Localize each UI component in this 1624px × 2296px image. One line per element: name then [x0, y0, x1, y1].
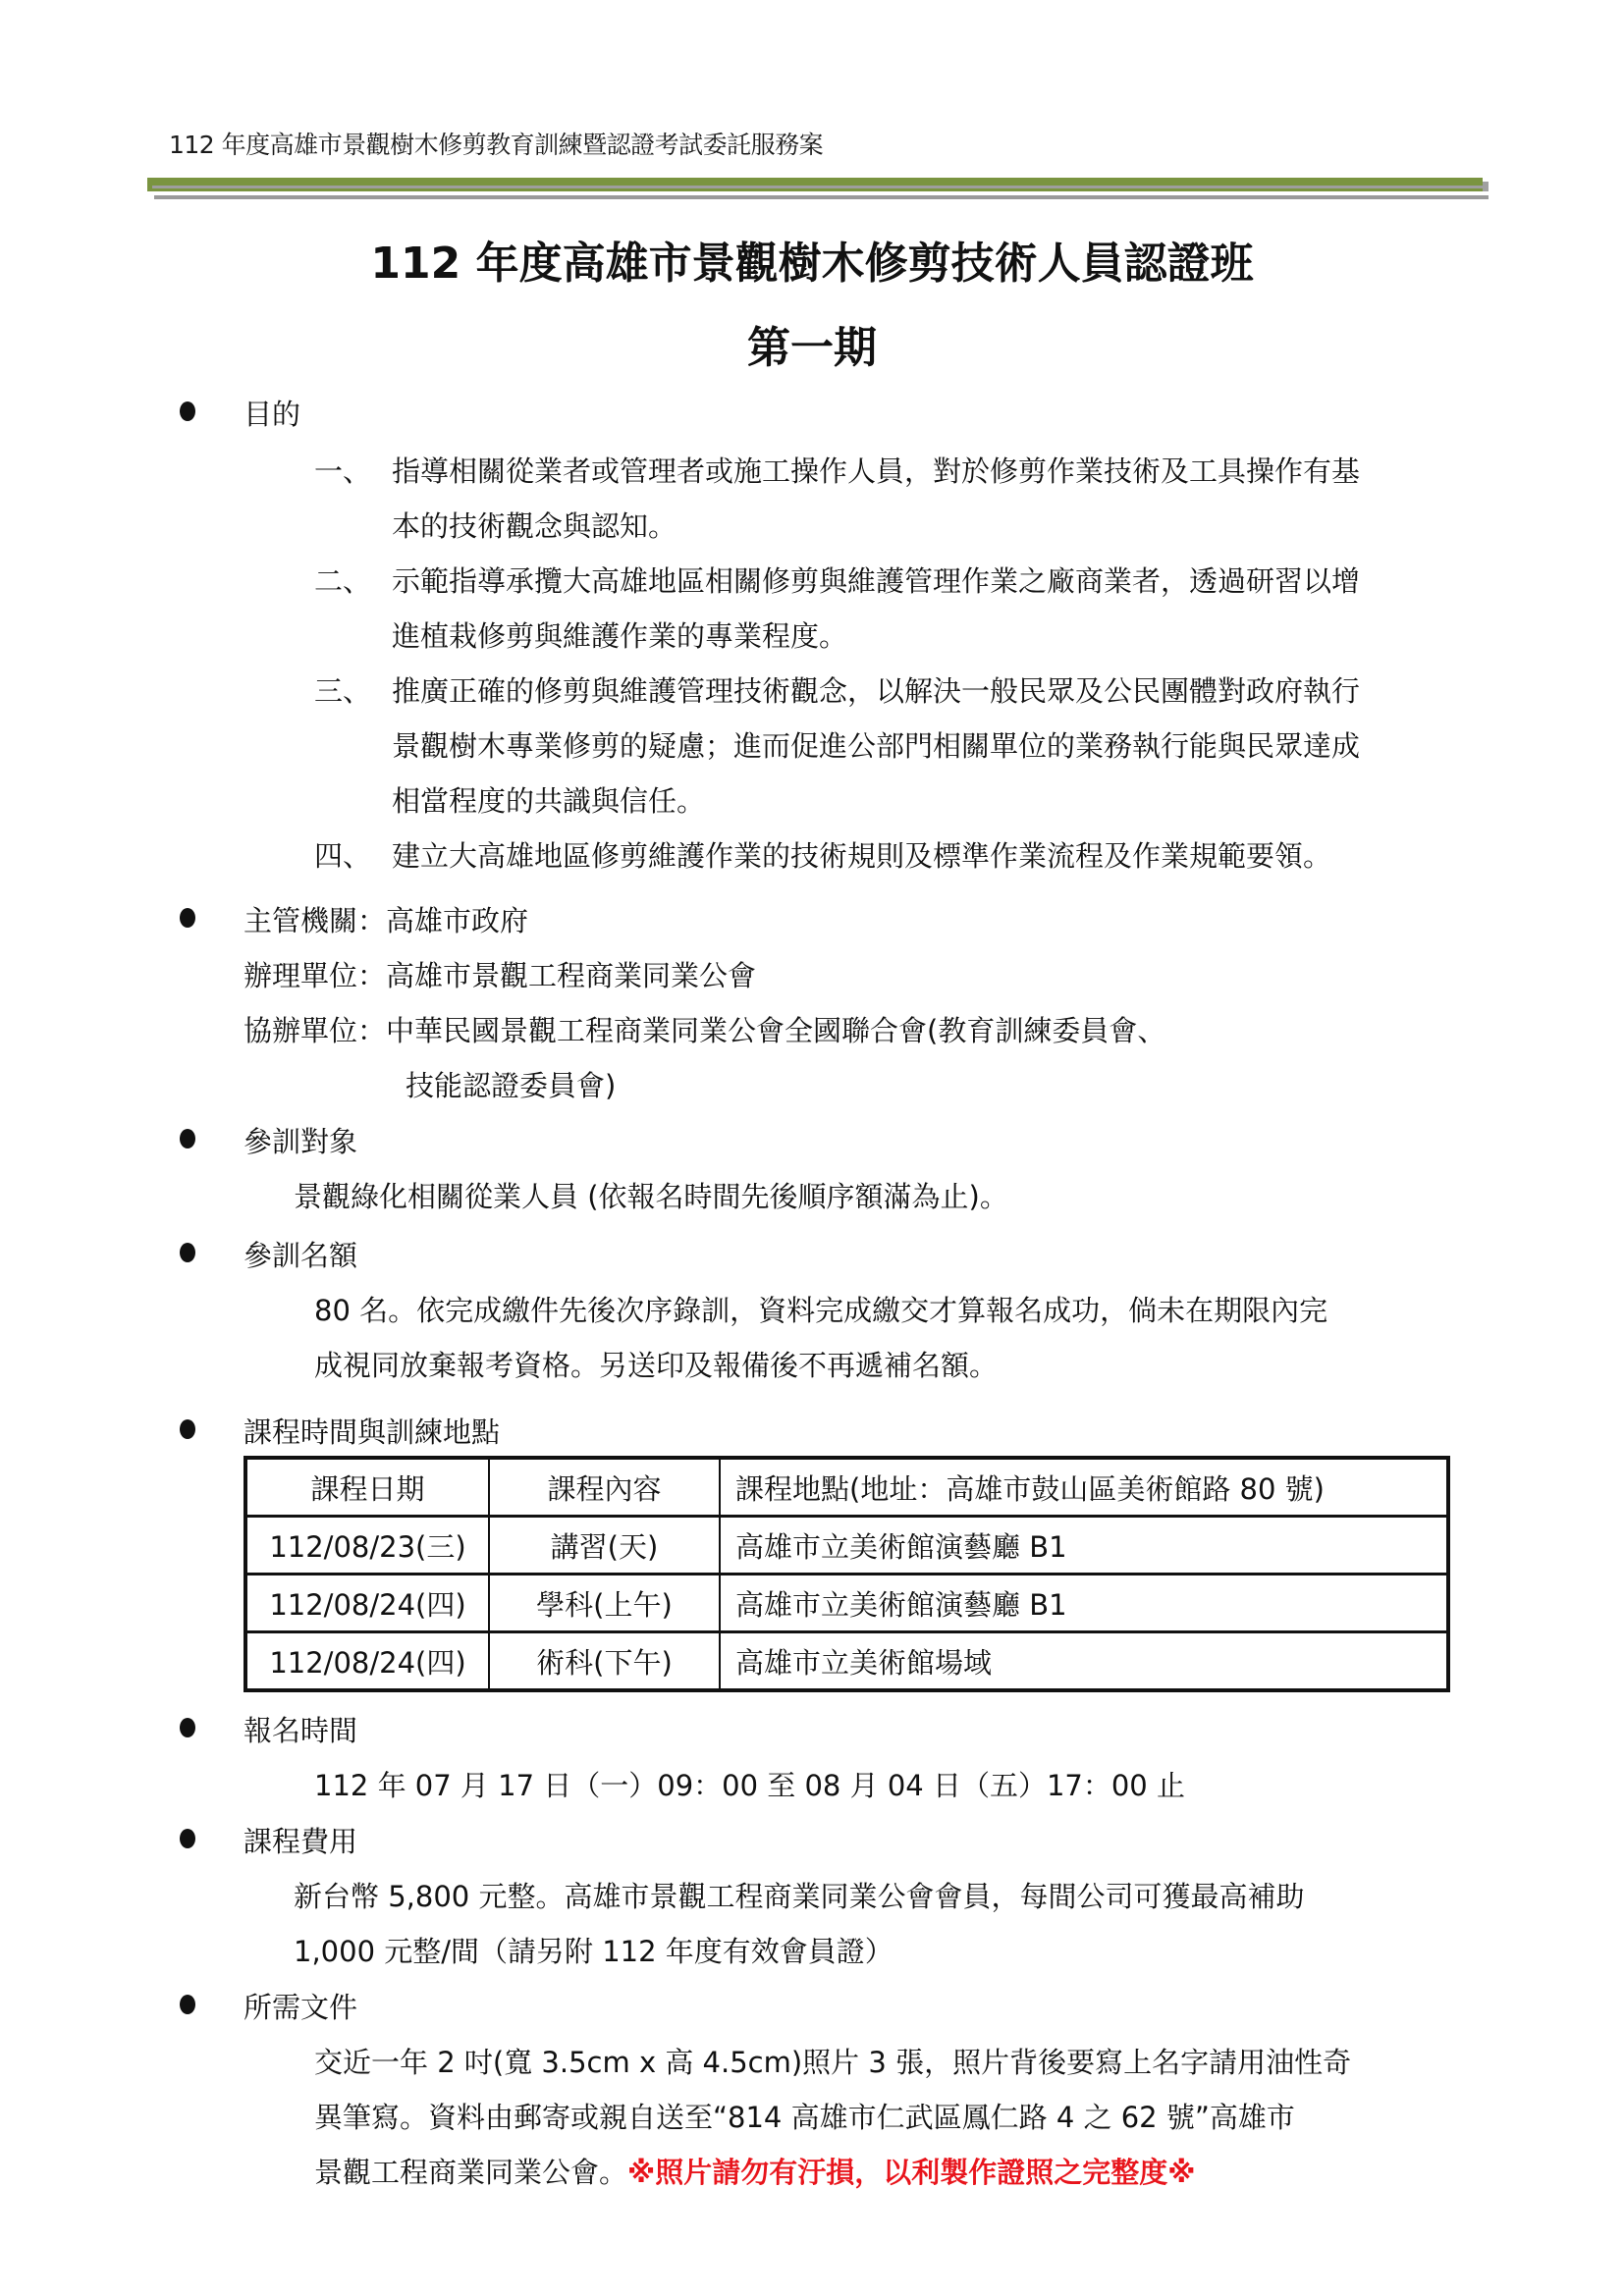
date-cell: 112/08/23(三) — [245, 1517, 489, 1575]
document-title: 112 年度高雄市景觀樹木修剪技術人員認證班 — [0, 228, 1624, 291]
item-number: 一、 — [314, 450, 371, 490]
bullet-icon — [180, 1718, 195, 1737]
item-text: 進植栽修剪與維護作業的專業程度。 — [392, 614, 847, 655]
date-cell: 112/08/24(四) — [245, 1632, 489, 1691]
bullet-icon — [180, 1829, 195, 1848]
photo-warning: ※照片請勿有汙損，以利製作證照之完整度※ — [627, 2156, 1195, 2189]
documents-text: 異筆寫。資料由郵寄或親自送至“814 高雄市仁武區鳳仁路 4 之 62 號”高雄… — [314, 2096, 1295, 2136]
date-cell: 112/08/24(四) — [245, 1575, 489, 1632]
content-cell: 術科(下午) — [489, 1632, 720, 1691]
item-number: 三、 — [314, 669, 371, 710]
section-heading: 課程費用 — [244, 1820, 357, 1860]
audience-text: 景觀綠化相關從業人員 (依報名時間先後順序額滿為止)。 — [294, 1175, 1008, 1215]
divider-green-bar — [147, 178, 1483, 191]
document-subtitle: 第一期 — [0, 312, 1624, 375]
section-heading: 參訓名額 — [244, 1234, 357, 1274]
divider-gray-bottom-line — [154, 195, 1489, 199]
table-row: 112/08/23(三) 講習(天) 高雄市立美術館演藝廳 B1 — [245, 1517, 1448, 1575]
bullet-icon — [180, 908, 195, 928]
section-heading: 報名時間 — [244, 1709, 357, 1749]
item-text: 指導相關從業者或管理者或施工操作人員，對於修剪作業技術及工具操作有基 — [392, 450, 1360, 490]
item-text: 本的技術觀念與認知。 — [392, 505, 677, 545]
column-header: 課程日期 — [245, 1458, 489, 1517]
quota-text: 80 名。依完成繳件先後次序錄訓，資料完成繳交才算報名成功，倘未在期限內完 — [314, 1289, 1327, 1329]
column-header: 課程內容 — [489, 1458, 720, 1517]
section-heading: 所需文件 — [244, 1986, 357, 2026]
fee-text: 新台幣 5,800 元整。高雄市景觀工程商業同業公會會員，每間公司可獲最高補助 — [294, 1875, 1304, 1915]
documents-text: 景觀工程商業同業公會。 — [314, 2156, 627, 2189]
item-text: 相當程度的共識與信任。 — [392, 779, 705, 820]
bullet-icon — [180, 1243, 195, 1262]
bullet-icon — [180, 1129, 195, 1148]
item-text: 景觀樹木專業修剪的疑慮；進而促進公部門相關單位的業務執行能與民眾達成 — [392, 724, 1360, 765]
bullet-icon — [180, 401, 195, 421]
item-text: 推廣正確的修剪與維護管理技術觀念，以解決一般民眾及公民團體對政府執行 — [392, 669, 1360, 710]
item-number: 四、 — [314, 834, 371, 875]
host-text: 辦理單位：高雄市景觀工程商業同業公會 — [244, 954, 756, 994]
divider-gray-inner-line — [152, 186, 1486, 188]
documents-text: 交近一年 2 吋(寬 3.5cm x 高 4.5cm)照片 3 張，照片背後要寫… — [314, 2041, 1351, 2081]
location-cell: 高雄市立美術館演藝廳 B1 — [720, 1517, 1448, 1575]
content-cell: 學科(上午) — [489, 1575, 720, 1632]
documents-text-last: 景觀工程商業同業公會。※照片請勿有汙損，以利製作證照之完整度※ — [314, 2151, 1195, 2191]
table-row: 112/08/24(四) 術科(下午) 高雄市立美術館場域 — [245, 1632, 1448, 1691]
running-header: 112 年度高雄市景觀樹木修剪教育訓練暨認證考試委託服務案 — [169, 126, 823, 161]
registration-period: 112 年 07 月 17 日（一）09：00 至 08 月 04 日（五）17… — [314, 1764, 1185, 1804]
table-row: 112/08/24(四) 學科(上午) 高雄市立美術館演藝廳 B1 — [245, 1575, 1448, 1632]
co-host-text-cont: 技能認證委員會) — [406, 1064, 616, 1104]
quota-text: 成視同放棄報考資格。另送印及報備後不再遞補名額。 — [314, 1344, 998, 1384]
header-divider — [147, 175, 1489, 214]
bullet-icon — [180, 1419, 195, 1439]
fee-text: 1,000 元整/間（請另附 112 年度有效會員證） — [294, 1930, 893, 1970]
table-header-row: 課程日期 課程內容 課程地點(地址：高雄市鼓山區美術館路 80 號) — [245, 1458, 1448, 1517]
section-heading: 目的 — [244, 393, 300, 433]
schedule-table: 課程日期 課程內容 課程地點(地址：高雄市鼓山區美術館路 80 號) 112/0… — [244, 1456, 1450, 1692]
location-cell: 高雄市立美術館場域 — [720, 1632, 1448, 1691]
co-host-text: 協辦單位：中華民國景觀工程商業同業公會全國聯合會(教育訓練委員會、 — [244, 1009, 1165, 1049]
column-header: 課程地點(地址：高雄市鼓山區美術館路 80 號) — [720, 1458, 1448, 1517]
item-number: 二、 — [314, 560, 371, 600]
authority-text: 主管機關：高雄市政府 — [244, 899, 528, 939]
location-cell: 高雄市立美術館演藝廳 B1 — [720, 1575, 1448, 1632]
section-heading: 參訓對象 — [244, 1120, 357, 1160]
section-heading: 課程時間與訓練地點 — [244, 1411, 500, 1451]
item-text: 建立大高雄地區修剪維護作業的技術規則及標準作業流程及作業規範要領。 — [392, 834, 1331, 875]
bullet-icon — [180, 1995, 195, 2014]
item-text: 示範指導承攬大高雄地區相關修剪與維護管理作業之廠商業者，透過研習以增 — [392, 560, 1360, 600]
divider-gray-end-cap — [1483, 182, 1489, 191]
content-cell: 講習(天) — [489, 1517, 720, 1575]
